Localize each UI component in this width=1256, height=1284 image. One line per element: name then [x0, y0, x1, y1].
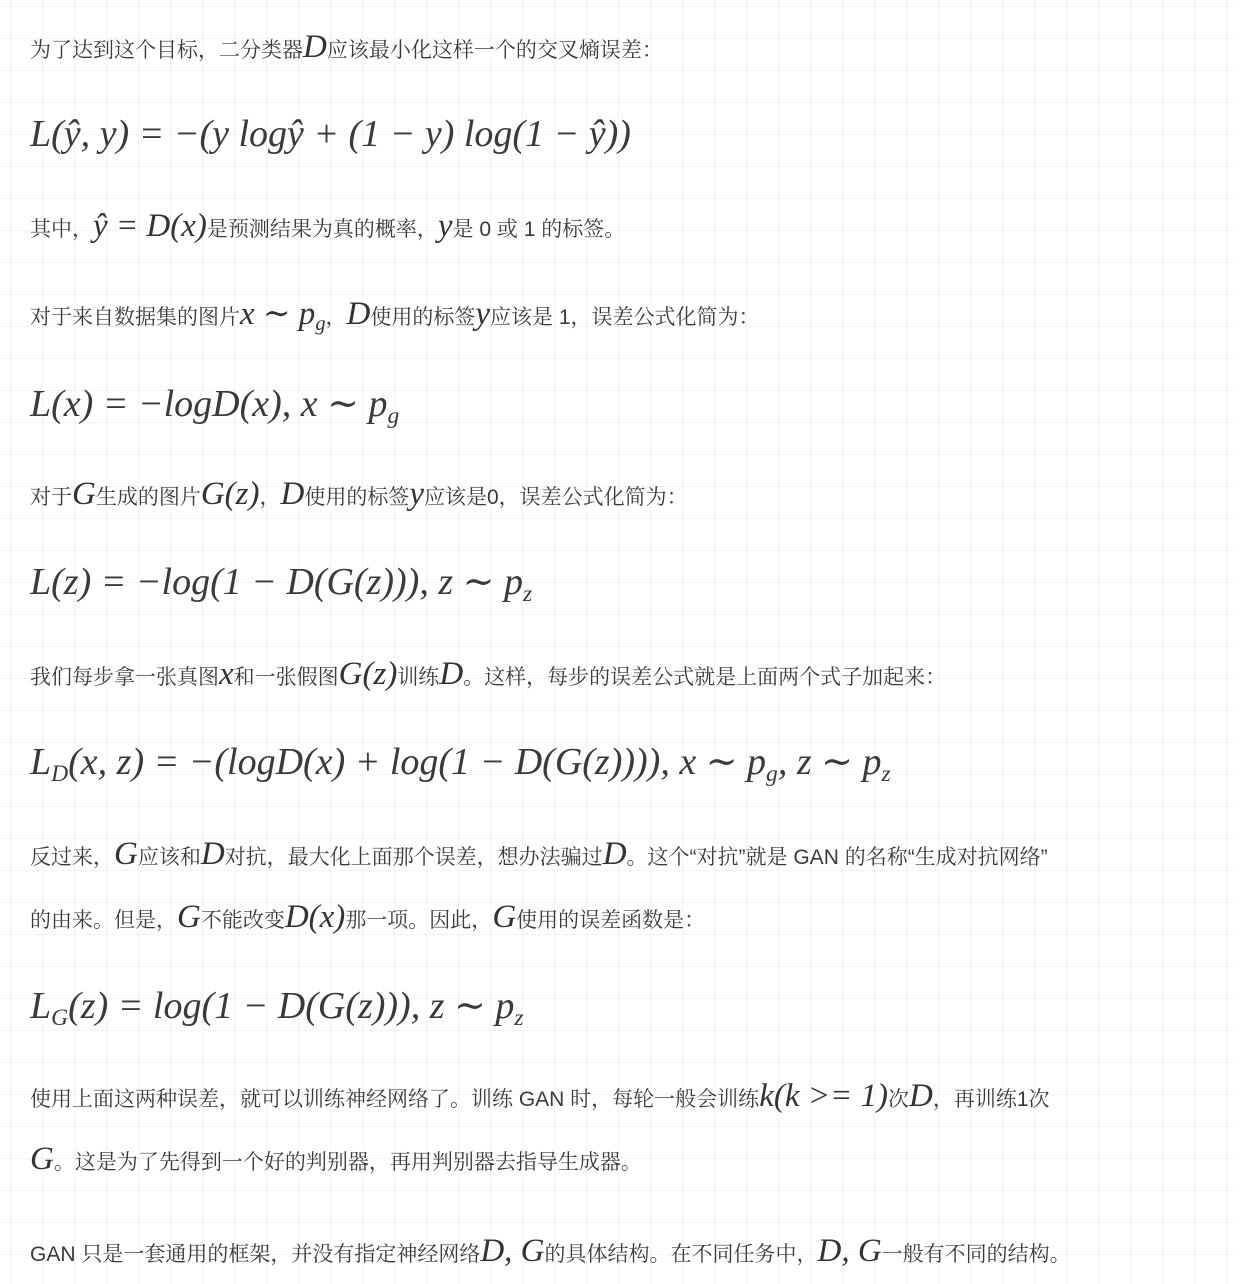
text: 使用的误差函数是：: [516, 909, 705, 932]
math-y: y: [475, 296, 490, 332]
text: 应该和: [138, 846, 201, 869]
text: 反过来，: [30, 846, 114, 869]
text: 的由来。但是，: [30, 909, 177, 932]
text: 对于: [30, 486, 72, 509]
math-Gz: G(z): [201, 476, 260, 512]
math-D: D: [201, 836, 225, 872]
paragraph-generated-images: 对于G生成的图片G(z)，D使用的标签y应该是0，误差公式化简为：: [30, 478, 688, 514]
text: 的具体结构。在不同任务中，: [545, 1243, 818, 1266]
math-x-pg: x ∼ pg: [240, 296, 326, 332]
math-text: L(x) = −logD(x), x ∼ p: [30, 383, 387, 425]
math-D: D: [303, 29, 327, 65]
math-sub: g: [387, 403, 399, 429]
text: 训练: [397, 666, 439, 689]
text: 应该是0，误差公式化简为：: [424, 486, 688, 509]
text: 对抗，最大化上面那个误差，想办法骗过: [225, 846, 603, 869]
math-D: D: [603, 836, 627, 872]
text: 次: [888, 1088, 909, 1111]
paragraph-cross-entropy-intro: 为了达到这个目标，二分类器D应该最小化这样一个的交叉熵误差：: [30, 31, 663, 67]
text: ，再训练1次: [933, 1088, 1050, 1111]
math-text: x ∼ p: [240, 296, 315, 332]
math-text: L(z) = −log(1 − D(G(z))), z ∼ p: [30, 561, 523, 603]
text: 生成的图片: [96, 486, 201, 509]
text: 对于来自数据集的图片: [30, 306, 240, 329]
equation-loss-real: L(x) = −logD(x), x ∼ pg: [30, 380, 399, 440]
paragraph-training-schedule-cont: G。这是为了先得到一个好的判别器，再用判别器去指导生成器。: [30, 1143, 642, 1179]
math-sub: z: [523, 581, 532, 607]
math-y: y: [409, 476, 424, 512]
paragraph-where-yhat: 其中，ŷ = D(x)是预测结果为真的概率，y是 0 或 1 的标签。: [30, 210, 625, 246]
math-D: D: [281, 476, 305, 512]
text: 不能改变: [201, 909, 285, 932]
math-sub: D: [51, 761, 68, 787]
text: ，: [260, 486, 281, 509]
math-sub: G: [51, 1005, 68, 1031]
math-G: G: [114, 836, 138, 872]
equation-discriminator-loss: LD(x, z) = −(logD(x) + log(1 − D(G(z))))…: [30, 738, 891, 798]
math-sub: g: [315, 313, 325, 335]
text: 。这是为了先得到一个好的判别器，再用判别器去指导生成器。: [54, 1151, 642, 1174]
math-D: D: [347, 296, 371, 332]
math-Dx: D(x): [285, 899, 345, 935]
text: ，: [326, 306, 347, 329]
math-sub: z: [514, 1005, 523, 1031]
math-G: G: [30, 1141, 54, 1177]
math-DG: D, G: [818, 1233, 882, 1269]
text: GAN 只是一套通用的框架，并没有指定神经网络: [30, 1243, 480, 1266]
math-G: G: [492, 899, 516, 935]
paragraph-framework: GAN 只是一套通用的框架，并没有指定神经网络D, G的具体结构。在不同任务中，…: [30, 1235, 1071, 1271]
text: 使用上面这两种误差，就可以训练神经网络了。训练 GAN 时，每轮一般会训练: [30, 1088, 759, 1111]
text: 使用的标签: [304, 486, 409, 509]
paragraph-adversarial: 反过来，G应该和D对抗，最大化上面那个误差，想办法骗过D。这个“对抗”就是 GA…: [30, 838, 1048, 874]
math-DG: D, G: [480, 1233, 544, 1269]
math-G: G: [177, 899, 201, 935]
math-text: (z) = log(1 − D(G(z))), z ∼ p: [68, 985, 514, 1027]
math-Gz: G(z): [339, 656, 398, 692]
text: 为了达到这个目标，二分类器: [30, 39, 303, 62]
math-D: D: [909, 1078, 933, 1114]
text: 其中，: [30, 218, 93, 241]
equation-cross-entropy: L(ŷ, y) = −(y logŷ + (1 − y) log(1 − ŷ)): [30, 110, 631, 158]
math-y: y: [438, 208, 453, 244]
math-D: D: [439, 656, 463, 692]
text: 。这样，每步的误差公式就是上面两个式子加起来：: [463, 666, 946, 689]
text: 是预测结果为真的概率，: [207, 218, 438, 241]
text: 和一张假图: [234, 666, 339, 689]
math-x: x: [219, 656, 234, 692]
text: 一般有不同的结构。: [882, 1243, 1071, 1266]
math-text: (x, z) = −(logD(x) + log(1 − D(G(z)))), …: [68, 741, 766, 783]
math-text: L: [30, 741, 51, 783]
math-text: , z ∼ p: [778, 741, 882, 783]
equation-generator-loss: LG(z) = log(1 − D(G(z))), z ∼ pz: [30, 982, 524, 1042]
math-sub: g: [766, 761, 778, 787]
paragraph-real-images: 对于来自数据集的图片x ∼ pg，D使用的标签y应该是 1，误差公式化简为：: [30, 298, 760, 340]
math-text: L: [30, 985, 51, 1027]
text: 是 0 或 1 的标签。: [453, 218, 626, 241]
text: 应该是 1，误差公式化简为：: [490, 306, 760, 329]
math-G: G: [72, 476, 96, 512]
text: 使用的标签: [370, 306, 475, 329]
math-yhat-def: ŷ = D(x): [93, 208, 207, 244]
math-k: k(k >= 1): [759, 1078, 888, 1114]
paragraph-training-step: 我们每步拿一张真图x和一张假图G(z)训练D。这样，每步的误差公式就是上面两个式…: [30, 658, 946, 694]
text: 应该最小化这样一个的交叉熵误差：: [327, 39, 663, 62]
equation-loss-fake: L(z) = −log(1 − D(G(z))), z ∼ pz: [30, 558, 532, 618]
text: 那一项。因此，: [345, 909, 492, 932]
paragraph-training-schedule: 使用上面这两种误差，就可以训练神经网络了。训练 GAN 时，每轮一般会训练k(k…: [30, 1080, 1050, 1116]
paragraph-adversarial-cont: 的由来。但是，G不能改变D(x)那一项。因此，G使用的误差函数是：: [30, 901, 705, 937]
text: 我们每步拿一张真图: [30, 666, 219, 689]
math-sub: z: [881, 761, 890, 787]
text: 。这个“对抗”就是 GAN 的名称“生成对抗网络”: [627, 846, 1048, 869]
